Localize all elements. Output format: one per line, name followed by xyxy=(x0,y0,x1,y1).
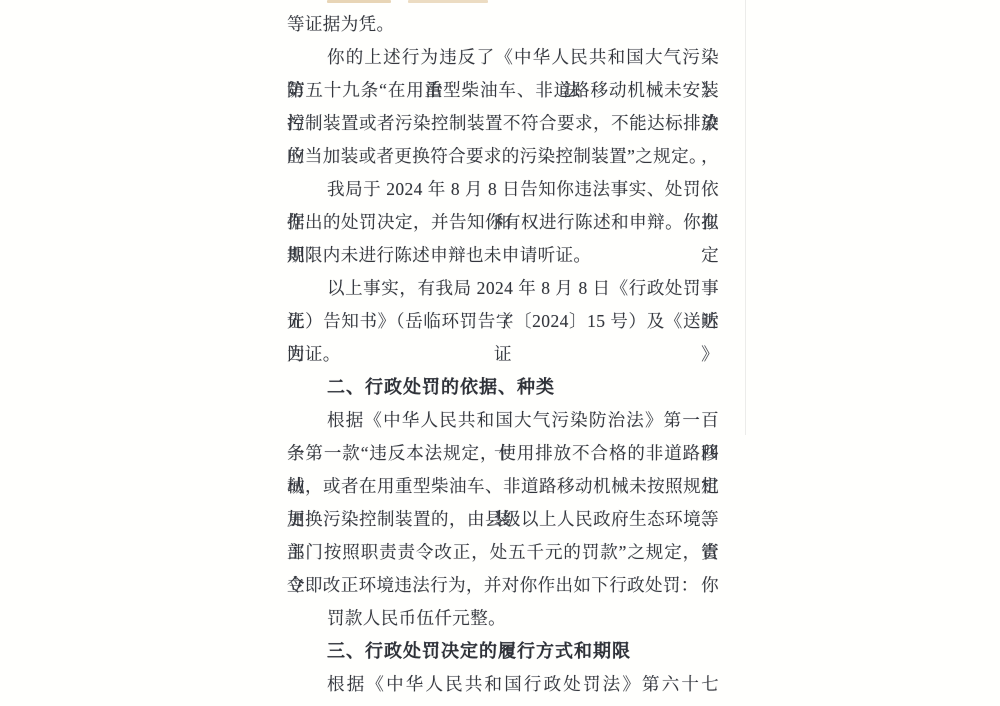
scan-artifact-top-fragment xyxy=(327,0,391,3)
doc-line: 我局于 2024 年 8 月 8 日告知你违法事实、处罚依据和拟 xyxy=(287,173,719,206)
doc-line: 等证据为凭。 xyxy=(287,8,719,41)
scanned-document-page: 等证据为凭。 你的上述行为违反了《中华人民共和国大气污染防治法》 第五十九条“在… xyxy=(0,0,1000,706)
doc-line: 根据《中华人民共和国大气污染防治法》第一百一十四 xyxy=(287,404,719,437)
doc-line: 立即改正环境违法行为，并对你作出如下行政处罚： xyxy=(287,569,719,602)
doc-line: 以上事实，有我局 2024 年 8 月 8 日《行政处罚事先（听 xyxy=(287,272,719,305)
doc-line: 根据《中华人民共和国行政处罚法》第六十七条、第七 xyxy=(287,668,719,701)
document-text-column: 等证据为凭。 你的上述行为违反了《中华人民共和国大气污染防治法》 第五十九条“在… xyxy=(287,8,719,701)
doc-line: 作出的处罚决定，并告知你有权进行陈述和申辩。你在规定 xyxy=(287,206,719,239)
doc-line: 部门按照职责责令改正，处五千元的罚款”之规定，责令你 xyxy=(287,536,719,569)
doc-line: 控制装置或者污染控制装置不符合要求，不能达标排放的， xyxy=(287,107,719,140)
doc-line: 第五十九条“在用重型柴油车、非道路移动机械未安装污染 xyxy=(287,74,719,107)
doc-line: 条第一款“违反本法规定，使用排放不合格的非道路移动机 xyxy=(287,437,719,470)
doc-line: 应当加装或者更换符合要求的污染控制装置”之规定。 xyxy=(287,140,719,173)
doc-line: 械，或者在用重型柴油车、非道路移动机械未按照规定加装、 xyxy=(287,470,719,503)
section-heading-fulfillment: 三、行政处罚决定的履行方式和期限 xyxy=(287,635,719,668)
section-heading-penalty-basis: 二、行政处罚的依据、种类 xyxy=(287,371,719,404)
doc-line: 你的上述行为违反了《中华人民共和国大气污染防治法》 xyxy=(287,41,719,74)
scan-artifact-page-edge xyxy=(745,0,746,435)
penalty-amount-line: 罚款人民币伍仟元整。 xyxy=(287,602,719,635)
scan-artifact-top-fragment xyxy=(408,0,488,3)
doc-line: 更换污染控制装置的，由县级以上人民政府生态环境等主管 xyxy=(287,503,719,536)
doc-line: 证）告知书》（岳临环罚告字〔2024〕15 号）及《送达回证》 xyxy=(287,305,719,338)
